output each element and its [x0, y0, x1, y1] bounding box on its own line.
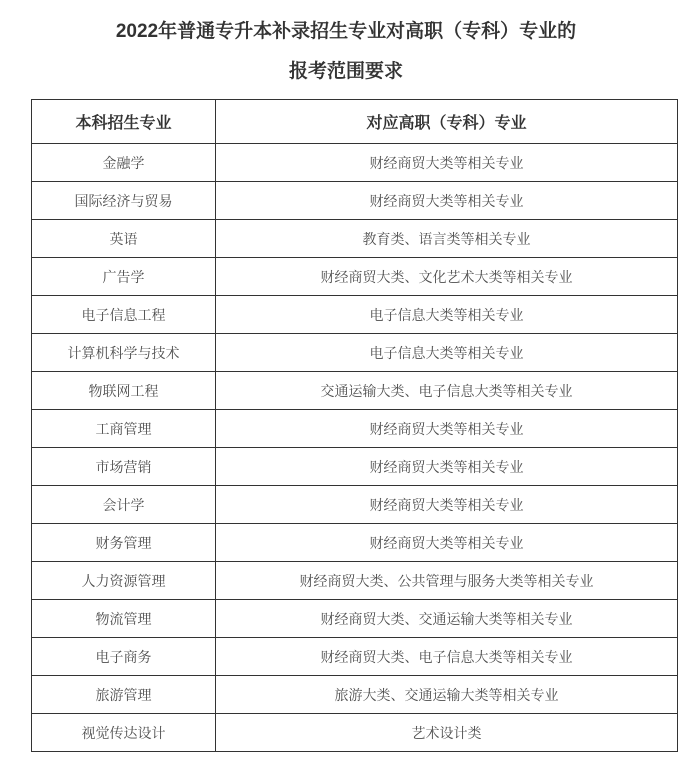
vocational-major-cell: 财经商贸大类等相关专业 — [216, 410, 678, 448]
vocational-major-cell: 交通运输大类、电子信息大类等相关专业 — [216, 372, 678, 410]
vocational-major-cell: 财经商贸大类等相关专业 — [216, 448, 678, 486]
undergrad-major-cell: 工商管理 — [32, 410, 216, 448]
vocational-major-cell: 财经商贸大类等相关专业 — [216, 486, 678, 524]
undergrad-major-cell: 金融学 — [32, 144, 216, 182]
vocational-major-cell: 财经商贸大类、交通运输大类等相关专业 — [216, 600, 678, 638]
undergrad-major-cell: 物联网工程 — [32, 372, 216, 410]
table-row: 电子商务财经商贸大类、电子信息大类等相关专业 — [32, 638, 678, 676]
table-row: 物联网工程交通运输大类、电子信息大类等相关专业 — [32, 372, 678, 410]
table-row: 市场营销财经商贸大类等相关专业 — [32, 448, 678, 486]
vocational-major-cell: 艺术设计类 — [216, 714, 678, 752]
majors-table: 本科招生专业 对应高职（专科）专业 金融学财经商贸大类等相关专业国际经济与贸易财… — [31, 99, 678, 752]
undergrad-major-cell: 电子商务 — [32, 638, 216, 676]
table-row: 人力资源管理财经商贸大类、公共管理与服务大类等相关专业 — [32, 562, 678, 600]
undergrad-major-cell: 计算机科学与技术 — [32, 334, 216, 372]
page: 2022年普通专升本补录招生专业对高职（专科）专业的 报考范围要求 本科招生专业… — [0, 0, 692, 762]
vocational-major-cell: 财经商贸大类、文化艺术大类等相关专业 — [216, 258, 678, 296]
vocational-major-cell: 财经商贸大类等相关专业 — [216, 144, 678, 182]
table-row: 视觉传达设计艺术设计类 — [32, 714, 678, 752]
vocational-major-cell: 电子信息大类等相关专业 — [216, 296, 678, 334]
vocational-major-cell: 财经商贸大类、公共管理与服务大类等相关专业 — [216, 562, 678, 600]
undergrad-major-cell: 英语 — [32, 220, 216, 258]
undergrad-major-cell: 财务管理 — [32, 524, 216, 562]
undergrad-major-cell: 物流管理 — [32, 600, 216, 638]
vocational-major-cell: 财经商贸大类、电子信息大类等相关专业 — [216, 638, 678, 676]
col-header-undergrad: 本科招生专业 — [32, 100, 216, 144]
table-row: 会计学财经商贸大类等相关专业 — [32, 486, 678, 524]
table-row: 广告学财经商贸大类、文化艺术大类等相关专业 — [32, 258, 678, 296]
vocational-major-cell: 财经商贸大类等相关专业 — [216, 182, 678, 220]
table-row: 旅游管理旅游大类、交通运输大类等相关专业 — [32, 676, 678, 714]
page-title-line1: 2022年普通专升本补录招生专业对高职（专科）专业的 — [116, 21, 576, 42]
table-row: 工商管理财经商贸大类等相关专业 — [32, 410, 678, 448]
undergrad-major-cell: 会计学 — [32, 486, 216, 524]
vocational-major-cell: 电子信息大类等相关专业 — [216, 334, 678, 372]
undergrad-major-cell: 市场营销 — [32, 448, 216, 486]
vocational-major-cell: 教育类、语言类等相关专业 — [216, 220, 678, 258]
undergrad-major-cell: 广告学 — [32, 258, 216, 296]
table-row: 国际经济与贸易财经商贸大类等相关专业 — [32, 182, 678, 220]
table-body: 金融学财经商贸大类等相关专业国际经济与贸易财经商贸大类等相关专业英语教育类、语言… — [32, 144, 678, 752]
table-row: 财务管理财经商贸大类等相关专业 — [32, 524, 678, 562]
table-row: 英语教育类、语言类等相关专业 — [32, 220, 678, 258]
col-header-vocational: 对应高职（专科）专业 — [216, 100, 678, 144]
header-row: 本科招生专业 对应高职（专科）专业 — [32, 100, 678, 144]
undergrad-major-cell: 人力资源管理 — [32, 562, 216, 600]
undergrad-major-cell: 视觉传达设计 — [32, 714, 216, 752]
vocational-major-cell: 旅游大类、交通运输大类等相关专业 — [216, 676, 678, 714]
table-row: 计算机科学与技术电子信息大类等相关专业 — [32, 334, 678, 372]
vocational-major-cell: 财经商贸大类等相关专业 — [216, 524, 678, 562]
page-title: 2022年普通专升本补录招生专业对高职（专科）专业的 报考范围要求 — [0, 0, 692, 92]
table-row: 物流管理财经商贸大类、交通运输大类等相关专业 — [32, 600, 678, 638]
table-row: 电子信息工程电子信息大类等相关专业 — [32, 296, 678, 334]
table-header: 本科招生专业 对应高职（专科）专业 — [32, 100, 678, 144]
page-title-line2: 报考范围要求 — [289, 61, 403, 82]
undergrad-major-cell: 国际经济与贸易 — [32, 182, 216, 220]
undergrad-major-cell: 旅游管理 — [32, 676, 216, 714]
undergrad-major-cell: 电子信息工程 — [32, 296, 216, 334]
table-row: 金融学财经商贸大类等相关专业 — [32, 144, 678, 182]
